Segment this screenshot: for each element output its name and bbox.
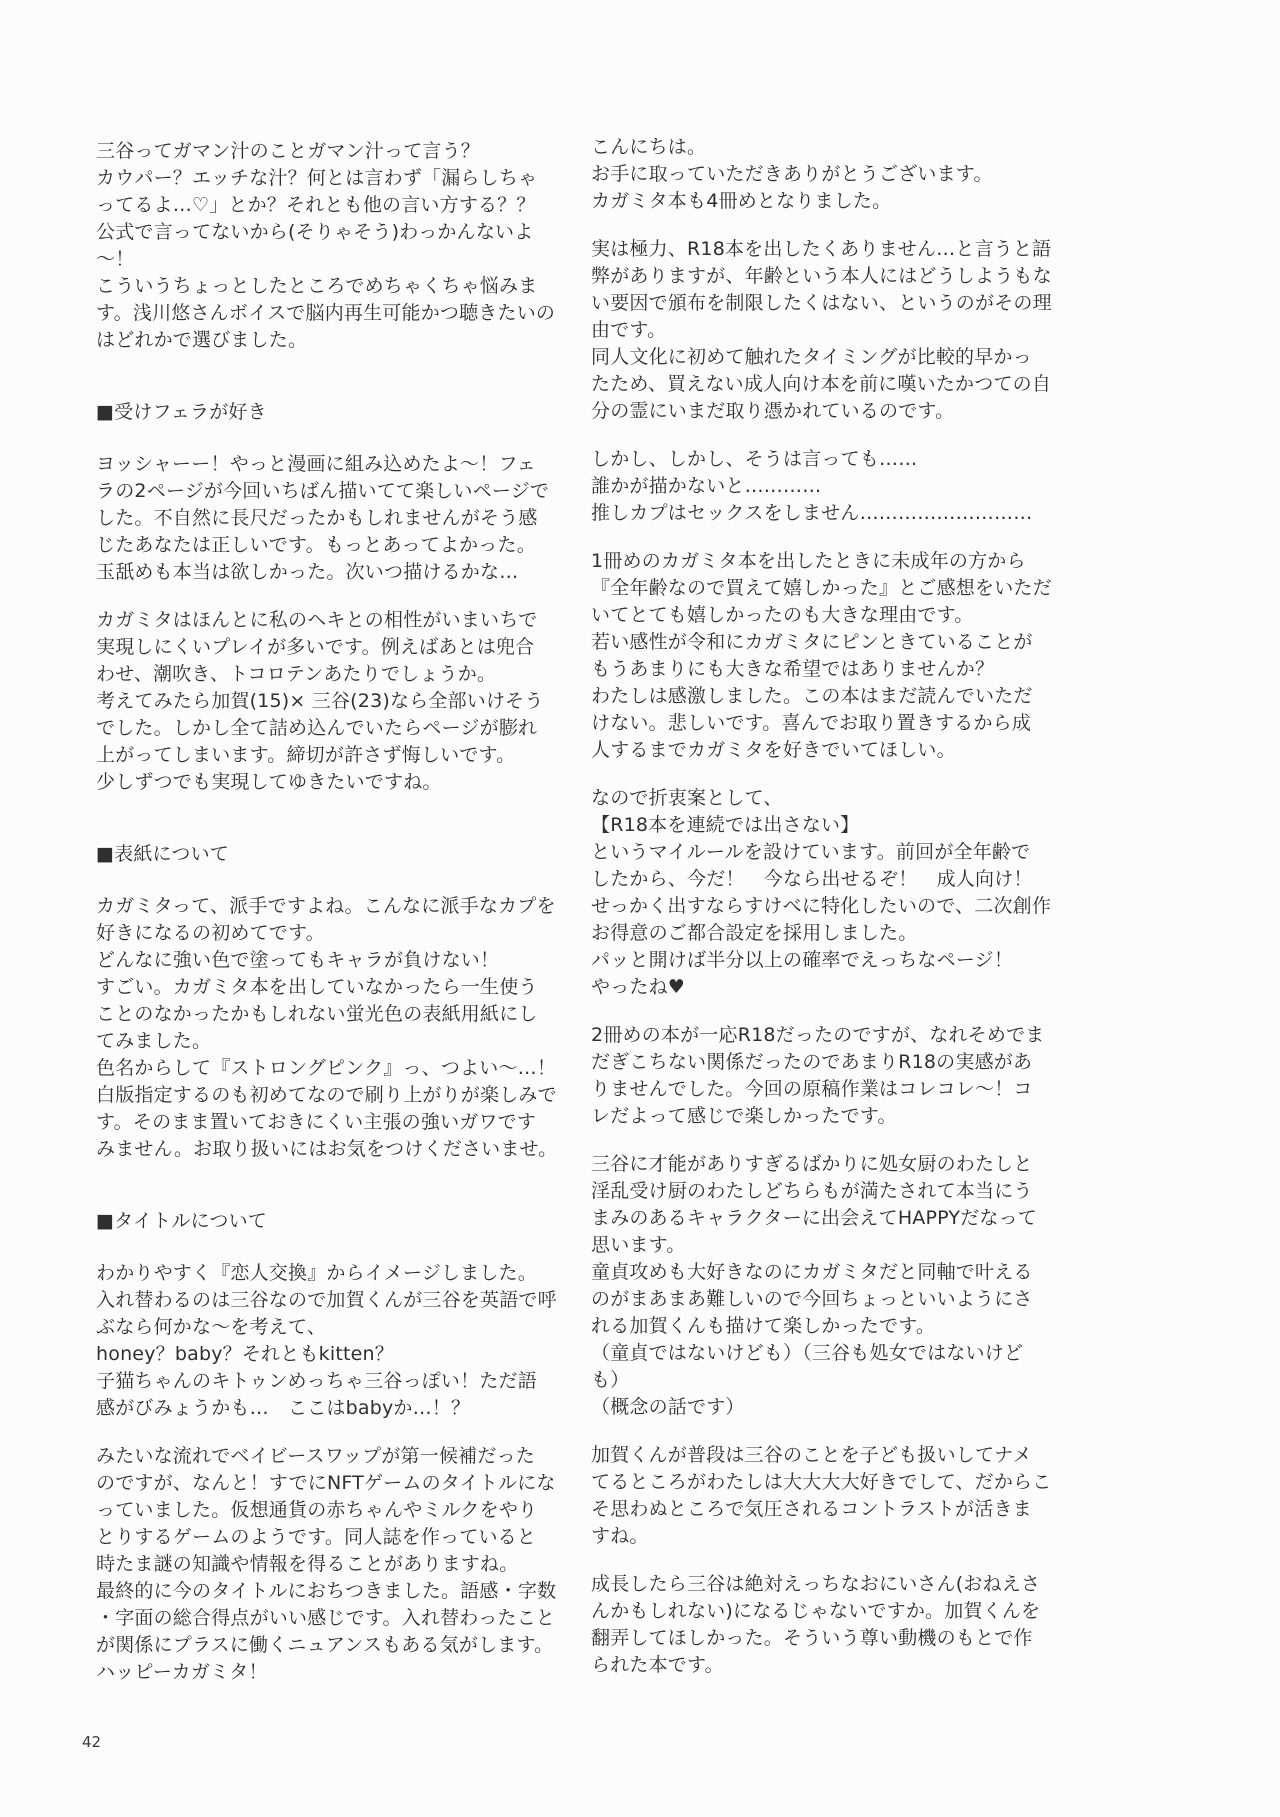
section1-paragraph-1: ヨッシャーー！やっと漫画に組み込めたよ〜！フェ ラの2ページが今回いちばん描いて… — [96, 451, 558, 586]
section-heading-cover: ■表紙について — [96, 841, 558, 868]
compromise-rule-paragraph: なので折衷案として、 【R18本を連続では出さない】 というマイルールを設けてい… — [591, 785, 1061, 1001]
section-heading-uke-fella: ■受けフェラが好き — [96, 399, 558, 426]
page-number: 42 — [82, 1733, 101, 1751]
intro-paragraph: 三谷ってガマン汁のことガマン汁って言う？ カウパー？エッチな汁？何とは言わず「漏… — [96, 138, 558, 354]
however-paragraph: しかし、しかし、そうは言っても…… 誰かが描かないと………… 推しカプはセックス… — [591, 446, 1061, 527]
right-column: こんにちは。 お手に取っていただきありがとうございます。 カガミタ本も4冊めとな… — [591, 134, 1061, 1700]
character-appeal-paragraph: 三谷に才能がありすぎるばかりに処女厨のわたしと 淫乱受け厨のわたしどちらもが満た… — [591, 1151, 1061, 1421]
r18-reason-paragraph: 実は極力、R18本を出したくありません…と言うと語 弊がありますが、年齢という本… — [591, 236, 1061, 425]
section3-paragraph-2: みたいな流れでベイビースワップが第一候補だった のですが、なんと！すでにNFTゲ… — [96, 1443, 558, 1686]
afterword-page: 三谷ってガマン汁のことガマン汁って言う？ カウパー？エッチな汁？何とは言わず「漏… — [0, 0, 1280, 1817]
left-column: 三谷ってガマン汁のことガマン汁って言う？ カウパー？エッチな汁？何とは言わず「漏… — [96, 138, 558, 1707]
first-book-feedback-paragraph: 1冊めのカガミタ本を出したときに未成年の方から 『全年齢なので買えて嬉しかった』… — [591, 548, 1061, 764]
section1-paragraph-2: カガミタはほんとに私のヘキとの相性がいまいちで 実現しにくいプレイが多いです。例… — [96, 607, 558, 796]
second-book-paragraph: 2冊めの本が一応R18だったのですが、なれそめでま だぎこちない関係だったのであ… — [591, 1022, 1061, 1130]
motivation-paragraph: 成長したら三谷は絶対えっちなおにいさん(おねえさ んかもしれない)になるじゃない… — [591, 1571, 1061, 1679]
contrast-paragraph: 加賀くんが普段は三谷のことを子ども扱いしてナメ てるところがわたしは大大大大好き… — [591, 1442, 1061, 1550]
section3-paragraph-1: わかりやすく『恋人交換』からイメージしました。 入れ替わるのは三谷なので加賀くん… — [96, 1260, 558, 1422]
greeting-paragraph: こんにちは。 お手に取っていただきありがとうございます。 カガミタ本も4冊めとな… — [591, 134, 1061, 215]
section2-paragraph-1: カガミタって、派手ですよね。こんなに派手なカプを 好きになるの初めてです。 どん… — [96, 893, 558, 1163]
section-heading-title: ■タイトルについて — [96, 1208, 558, 1235]
